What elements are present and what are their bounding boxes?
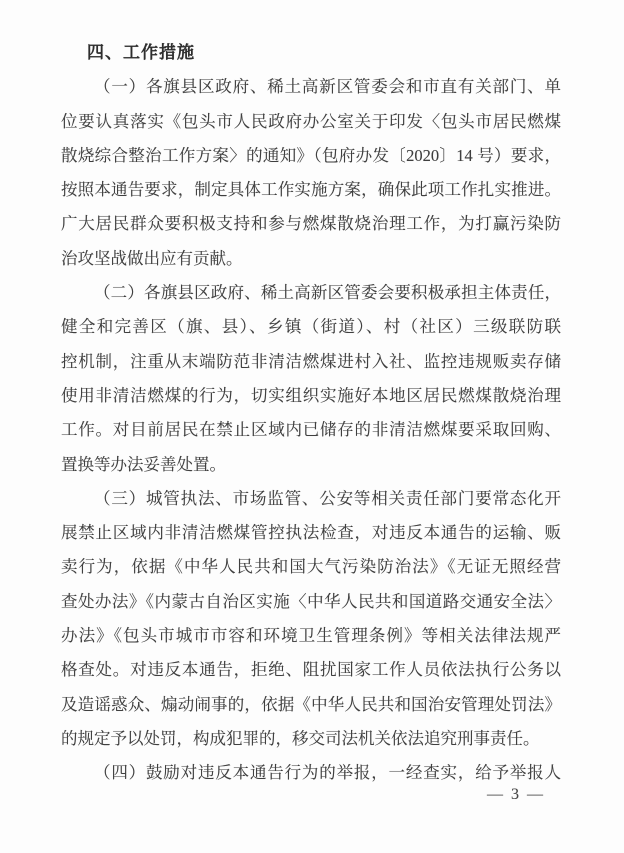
document-body: （一）各旗县区政府、稀土高新区管委会和市直有关部门、单位要认真落实《包头市人民政… <box>61 70 561 790</box>
text-line: 卖行为，依据《中华人民共和国大气污染防治法》《无证无照经营 <box>61 550 561 584</box>
section-heading: 四、工作措施 <box>61 36 561 70</box>
text-line: （一）各旗县区政府、稀土高新区管委会和市直有关部门、单 <box>61 70 561 104</box>
text-line: 按照本通告要求，制定具体工作实施方案，确保此项工作扎实推进。 <box>61 173 561 207</box>
text-line: 置换等办法妥善处置。 <box>61 448 561 482</box>
document-page: 四、工作措施 （一）各旗县区政府、稀土高新区管委会和市直有关部门、单位要认真落实… <box>0 0 624 853</box>
text-line: （二）各旗县区政府、稀土高新区管委会要积极承担主体责任， <box>61 276 561 310</box>
text-line: 健全和完善区（旗、县）、乡镇（街道）、村（社区）三级联防联 <box>61 310 561 344</box>
text-line: 工作。对目前居民在禁止区域内已储存的非清洁燃煤要采取回购、 <box>61 413 561 447</box>
text-line: 办法》《包头市城市市容和环境卫生管理条例》等相关法律法规严 <box>61 619 561 653</box>
text-line: （四）鼓励对违反本通告行为的举报，一经查实，给予举报人 <box>61 756 561 790</box>
text-line: 的规定予以处罚，构成犯罪的，移交司法机关依法追究刑事责任。 <box>61 722 561 756</box>
text-line: 控机制，注重从末端防范非清洁燃煤进村入社、监控违规贩卖存储 <box>61 345 561 379</box>
text-line: 格查处。对违反本通告，拒绝、阻扰国家工作人员依法执行公务以 <box>61 653 561 687</box>
text-line: 散烧综合整治工作方案〉的通知》（包府办发〔2020〕14 号）要求， <box>61 139 561 173</box>
text-line: 治攻坚战做出应有贡献。 <box>61 242 561 276</box>
text-line: 广大居民群众要积极支持和参与燃煤散烧治理工作，为打赢污染防 <box>61 207 561 241</box>
document-content: 四、工作措施 （一）各旗县区政府、稀土高新区管委会和市直有关部门、单位要认真落实… <box>61 36 561 791</box>
text-line: 使用非清洁燃煤的行为，切实组织实施好本地区居民燃煤散烧治理 <box>61 379 561 413</box>
text-line: 位要认真落实《包头市人民政府办公室关于印发〈包头市居民燃煤 <box>61 105 561 139</box>
text-line: 及造谣惑众、煽动闹事的，依据《中华人民共和国治安管理处罚法》 <box>61 688 561 722</box>
text-line: （三）城管执法、市场监管、公安等相关责任部门要常态化开 <box>61 482 561 516</box>
text-line: 展禁止区域内非清洁燃煤管控执法检查，对违反本通告的运输、贩 <box>61 516 561 550</box>
text-line: 查处办法》《内蒙古自治区实施〈中华人民共和国道路交通安全法〉 <box>61 585 561 619</box>
page-number: — 3 — <box>487 786 545 804</box>
